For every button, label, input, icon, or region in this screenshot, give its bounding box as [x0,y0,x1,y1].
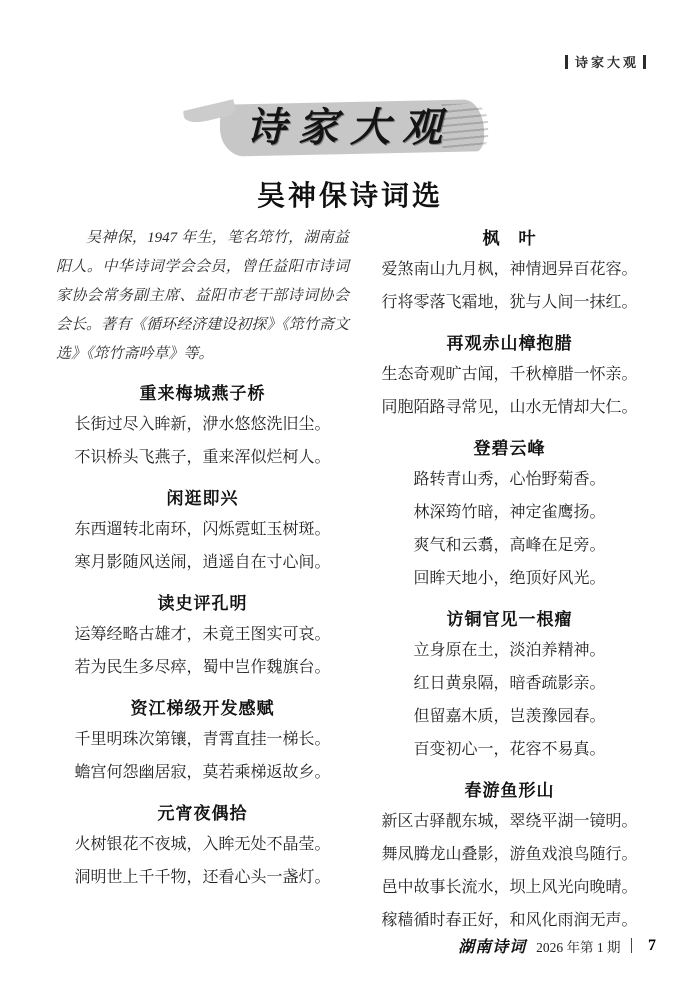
poem-title: 登碧云峰 [363,436,656,461]
page-footer: 湖南诗词 2026 年第 1 期 7 [458,934,656,957]
verse-line: 红日黄泉隔，暗香疏影亲。 [363,667,656,700]
poem-block: 再观赤山樟抱腊 生态奇观旷古闻，千秋樟腊一怀亲。 同胞陌路寻常见，山水无情却大仁… [363,331,656,424]
kicker-label: 诗家大观 [575,52,639,71]
poem-block: 重来梅城燕子桥 长街过尽入眸新，洢水悠悠洗旧尘。 不识桥头飞燕子，重来浑似烂柯人… [56,381,349,474]
poem-title: 闲逛即兴 [56,486,349,511]
poem-block: 访铜官见一根瘤 立身原在土，淡泊养精神。 红日黄泉隔，暗香疏影亲。 但留嘉木质，… [363,607,656,766]
poem-title: 元宵夜偶拾 [56,801,349,826]
kicker-bar-left-icon [565,55,568,69]
left-column: 吴神保，1947 年生，笔名筇竹，湖南益阳人。中华诗词学会会员，曾任益阳市诗词家… [56,224,349,937]
verse-line: 但留嘉木质，岂羡豫园春。 [363,700,656,733]
poem-title: 读史评孔明 [56,591,349,616]
kicker-bar-right-icon [643,55,646,69]
verse-line: 稼穑循时春正好，和风化雨润无声。 [363,904,656,937]
verse-line: 立身原在土，淡泊养精神。 [363,634,656,667]
magazine-page: 诗家大观 诗家大观 吴神保诗词选 吴神保，1947 年生，笔名筇竹，湖南益阳人。… [0,0,700,989]
poem-block: 读史评孔明 运筹经略古雄才，未竟王图实可哀。 若为民生多尽瘁，蜀中岂作魏旗台。 [56,591,349,684]
verse-line: 长街过尽入眸新，洢水悠悠洗旧尘。 [56,408,349,441]
verse-line: 若为民生多尽瘁，蜀中岂作魏旗台。 [56,651,349,684]
page-title: 吴神保诗词选 [0,174,700,214]
verse-line: 爱煞南山九月枫，神情迥异百花容。 [363,253,656,286]
poem-title: 重来梅城燕子桥 [56,381,349,406]
content-columns: 吴神保，1947 年生，笔名筇竹，湖南益阳人。中华诗词学会会员，曾任益阳市诗词家… [56,224,656,937]
poem-title: 再观赤山樟抱腊 [363,331,656,356]
banner-calligraphy-text: 诗家大观 [246,96,454,160]
poem-title: 访铜官见一根瘤 [363,607,656,632]
verse-line: 百变初心一，花容不易真。 [363,733,656,766]
verse-line: 林深筠竹暗，神定雀鹰扬。 [363,496,656,529]
verse-line: 生态奇观旷古闻，千秋樟腊一怀亲。 [363,358,656,391]
poem-block: 资江梯级开发感赋 千里明珠次第镶，青霄直挂一梯长。 蟾宫何怨幽居寂，莫若乘梯返故… [56,696,349,789]
poem-block: 春游鱼形山 新区古驿靓东城，翠绕平湖一镜明。 舞凤腾龙山叠影，游鱼戏浪鸟随行。 … [363,778,656,937]
verse-line: 火树银花不夜城，入眸无处不晶莹。 [56,828,349,861]
section-banner: 诗家大观 [220,96,480,160]
poem-block: 闲逛即兴 东西遛转北南环，闪烁霓虹玉树斑。 寒月影随风送闹，逍遥自在寸心间。 [56,486,349,579]
verse-line: 东西遛转北南环，闪烁霓虹玉树斑。 [56,513,349,546]
verse-line: 千里明珠次第镶，青霄直挂一梯长。 [56,723,349,756]
verse-line: 行将零落飞霜地，犹与人间一抹红。 [363,286,656,319]
footer-divider [631,938,633,953]
verse-line: 爽气和云翥，高峰在足旁。 [363,529,656,562]
verse-line: 回眸天地小，绝顶好风光。 [363,562,656,595]
verse-line: 不识桥头飞燕子，重来浑似烂柯人。 [56,441,349,474]
verse-line: 舞凤腾龙山叠影，游鱼戏浪鸟随行。 [363,838,656,871]
poem-title: 资江梯级开发感赋 [56,696,349,721]
verse-line: 新区古驿靓东城，翠绕平湖一镜明。 [363,805,656,838]
section-banner-row: 诗家大观 [0,96,700,160]
verse-line: 寒月影随风送闹，逍遥自在寸心间。 [56,546,349,579]
verse-line: 运筹经略古雄才，未竟王图实可哀。 [56,618,349,651]
poem-title: 枫 叶 [363,226,656,251]
poem-block: 元宵夜偶拾 火树银花不夜城，入眸无处不晶莹。 洞明世上千千物，还看心头一盏灯。 [56,801,349,894]
verse-line: 蟾宫何怨幽居寂，莫若乘梯返故乡。 [56,756,349,789]
verse-line: 邑中故事长流水，坝上风光向晚晴。 [363,871,656,904]
verse-line: 洞明世上千千物，还看心头一盏灯。 [56,861,349,894]
journal-name: 湖南诗词 [458,934,526,957]
page-number: 7 [648,937,656,955]
verse-line: 路转青山秀，心怡野菊香。 [363,463,656,496]
issue-label: 2026 年第 1 期 [536,936,620,956]
author-bio: 吴神保，1947 年生，笔名筇竹，湖南益阳人。中华诗词学会会员，曾任益阳市诗词家… [56,224,349,369]
poem-block: 登碧云峰 路转青山秀，心怡野菊香。 林深筠竹暗，神定雀鹰扬。 爽气和云翥，高峰在… [363,436,656,595]
poem-block: 枫 叶 爱煞南山九月枫，神情迥异百花容。 行将零落飞霜地，犹与人间一抹红。 [363,226,656,319]
column-kicker: 诗家大观 [565,52,646,71]
right-column: 枫 叶 爱煞南山九月枫，神情迥异百花容。 行将零落飞霜地，犹与人间一抹红。 再观… [363,224,656,937]
poem-title: 春游鱼形山 [363,778,656,803]
verse-line: 同胞陌路寻常见，山水无情却大仁。 [363,391,656,424]
